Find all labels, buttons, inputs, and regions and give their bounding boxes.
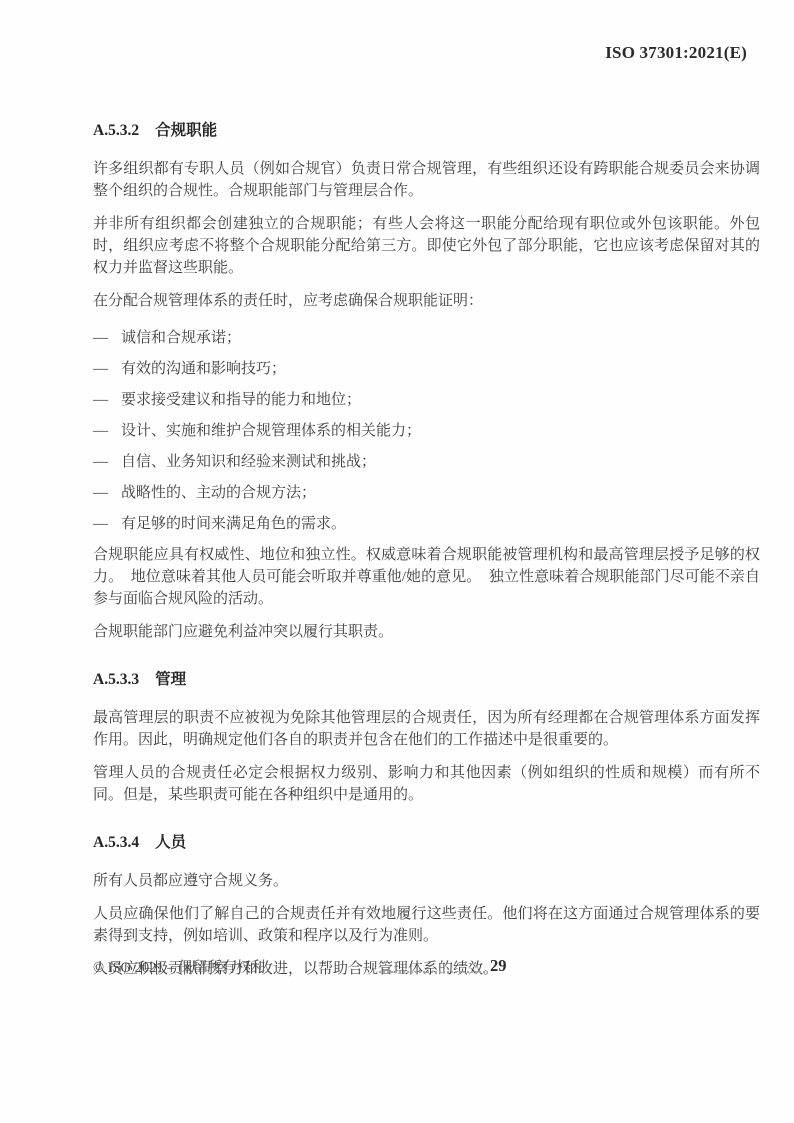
section-title: 人员 (155, 834, 186, 851)
em-dash-bullet-icon: — (93, 389, 121, 411)
em-dash-bullet-icon: — (93, 327, 121, 349)
document-page: ISO 37301:2021(E) A.5.3.2合规职能 许多组织都有专职人员… (0, 0, 794, 1123)
list-intro-paragraph: 在分配合规管理体系的责任时，应考虑确保合规职能证明： (93, 290, 760, 312)
list-item: — 自信、业务知识和经验来测试和挑战； (93, 451, 760, 473)
section-a532: A.5.3.2合规职能 许多组织都有专职人员（例如合规官）负责日常合规管理，有些… (93, 120, 760, 643)
list-item: — 有足够的时间来满足角色的需求。 (93, 513, 760, 535)
paragraph: 许多组织都有专职人员（例如合规官）负责日常合规管理，有些组织还设有跨职能合规委员… (93, 158, 760, 202)
list-item-text: 有效的沟通和影响技巧； (121, 358, 286, 380)
doc-code: ISO 37301:2021(E) (605, 43, 747, 62)
list-item-text: 战略性的、主动的合规方法； (121, 482, 316, 504)
paragraph: 管理人员的合规责任必定会根据权力级别、影响力和其他因素（例如组织的性质和规模）而… (93, 762, 760, 806)
list-item: — 设计、实施和维护合规管理体系的相关能力； (93, 420, 760, 442)
list-item-text: 自信、业务知识和经验来测试和挑战； (121, 451, 376, 473)
list-item: — 诚信和合规承诺； (93, 327, 760, 349)
footer-page-group: 29 (379, 955, 507, 977)
paragraph: 最高管理层的职责不应被视为免除其他管理层的合规责任，因为所有经理都在合规管理体系… (93, 707, 760, 751)
section-number: A.5.3.3 (93, 671, 139, 688)
section-heading: A.5.3.4人员 (93, 832, 760, 854)
list-item-text: 诚信和合规承诺； (121, 327, 241, 349)
section-a533: A.5.3.3管理 最高管理层的职责不应被视为免除其他管理层的合规责任，因为所有… (93, 669, 760, 806)
paragraph: 合规职能部门应避免利益冲突以履行其职责。 (93, 621, 760, 643)
section-title: 合规职能 (155, 122, 217, 139)
list-item-text: 有足够的时间来满足角色的需求。 (121, 513, 346, 535)
section-title: 管理 (155, 671, 186, 688)
footer-dotted-line (379, 960, 485, 973)
section-heading: A.5.3.3管理 (93, 669, 760, 691)
page-number: 29 (490, 955, 507, 977)
section-number: A.5.3.2 (93, 122, 139, 139)
list-item-text: 要求接受建议和指导的能力和地位； (121, 389, 361, 411)
copyright-notice: © ISO 2021 – 保留所有权利 (93, 957, 265, 979)
em-dash-bullet-icon: — (93, 451, 121, 473)
paragraph: 并非所有组织都会创建独立的合规职能；有些人会将这一职能分配给现有职位或外包该职能… (93, 213, 760, 279)
em-dash-bullet-icon: — (93, 358, 121, 380)
paragraph: 合规职能应具有权威性、地位和独立性。权威意味着合规职能被管理机构和最高管理层授予… (93, 544, 760, 610)
em-dash-bullet-icon: — (93, 482, 121, 504)
section-number: A.5.3.4 (93, 834, 139, 851)
paragraph: 所有人员都应遵守合规义务。 (93, 870, 760, 892)
page-footer: © ISO 2021 – 保留所有权利 29 (93, 955, 760, 979)
list-item-text: 设计、实施和维护合规管理体系的相关能力； (121, 420, 421, 442)
section-heading: A.5.3.2合规职能 (93, 120, 760, 142)
list-item: — 要求接受建议和指导的能力和地位； (93, 389, 760, 411)
paragraph: 人员应确保他们了解自己的合规责任并有效地履行这些责任。他们将在这方面通过合规管理… (93, 903, 760, 947)
page-header: ISO 37301:2021(E) (93, 42, 747, 64)
list-item: — 有效的沟通和影响技巧； (93, 358, 760, 380)
em-dash-bullet-icon: — (93, 420, 121, 442)
list-item: — 战略性的、主动的合规方法； (93, 482, 760, 504)
em-dash-bullet-icon: — (93, 513, 121, 535)
